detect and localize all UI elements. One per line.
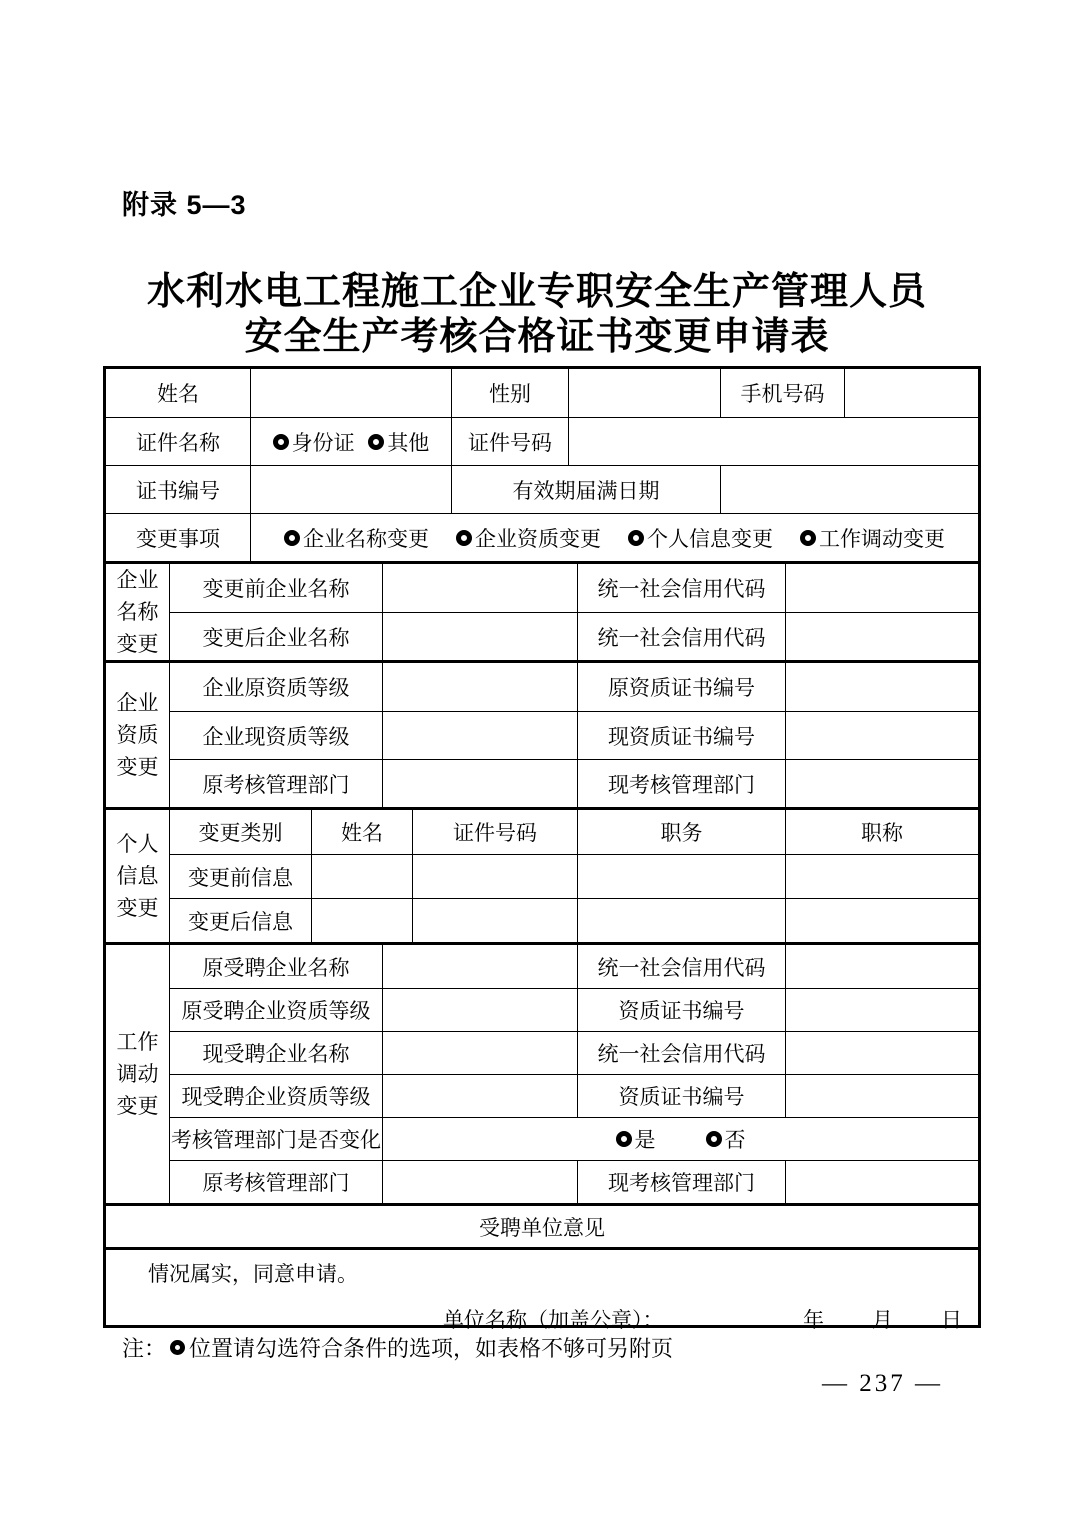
post-change-title-input-cell[interactable]: [785, 899, 978, 942]
original-qualification-input-cell[interactable]: [382, 663, 577, 711]
name-label: 姓名: [106, 369, 250, 417]
position-column-header: 职务: [577, 810, 785, 854]
current-qualification-cert-label: 现资质证书编号: [577, 712, 785, 759]
section-job-transfer-change: 工作 调动 变更 原受聘企业名称 统一社会信用代码 原受聘企业资质等级 资质证书…: [106, 942, 978, 1203]
option-personal-info-change-label: 个人信息变更: [647, 523, 773, 553]
footnote-text: 位置请勾选符合条件的选项，如表格不够可另附页: [189, 1332, 673, 1363]
option-dept-change-no-label: 否: [725, 1124, 746, 1154]
id-type-options: 身份证 其他: [250, 418, 451, 465]
row-former-employer-qualification: 原受聘企业资质等级 资质证书编号: [170, 988, 978, 1031]
pre-change-company-name-label: 变更前企业名称: [170, 564, 382, 612]
appendix-label: 附录 5—3: [122, 183, 247, 222]
footnote: 注： 位置请勾选符合条件的选项，如表格不够可另附页: [122, 1332, 673, 1363]
gender-label: 性别: [451, 369, 568, 417]
row-transfer-assessment-departments: 原考核管理部门 现考核管理部门: [170, 1160, 978, 1203]
option-dept-change-no[interactable]: 否: [706, 1124, 746, 1154]
row-employer-opinion-body: 情况属实，同意申请。 单位名称（加盖公章）： 年 月 日: [106, 1247, 978, 1325]
month-label: 月: [872, 1304, 893, 1334]
section-company-qualification-change: 企业 资质 变更 企业原资质等级 原资质证书编号 企业现资质等级 现资质证书编号: [106, 660, 978, 807]
former-employer-qualification-label: 原受聘企业资质等级: [170, 989, 382, 1031]
row-id-document: 证件名称 身份证 其他 证件号码: [106, 417, 978, 465]
opinion-statement: 情况属实，同意申请。: [148, 1258, 978, 1288]
current-employer-name-input-cell[interactable]: [382, 1032, 577, 1074]
former-employer-name-label: 原受聘企业名称: [170, 945, 382, 988]
current-employer-name-label: 现受聘企业名称: [170, 1032, 382, 1074]
former-employer-credit-code-input-cell[interactable]: [785, 945, 978, 988]
current-employer-credit-code-input-cell[interactable]: [785, 1032, 978, 1074]
section-header-company-qualification-change: 企业 资质 变更: [106, 663, 170, 807]
pre-change-id-number-input-cell[interactable]: [412, 855, 577, 898]
row-dept-change-question: 考核管理部门是否变化 是 否: [170, 1117, 978, 1160]
form-title: 水利水电工程施工企业专职安全生产管理人员 安全生产考核合格证书变更申请表: [0, 270, 1074, 360]
application-form-table: 姓名 性别 手机号码 证件名称 身份证 其他 证件号码: [103, 366, 981, 1328]
former-employer-credit-code-label: 统一社会信用代码: [577, 945, 785, 988]
current-assessment-dept-label: 现考核管理部门: [577, 760, 785, 807]
former-employer-name-input-cell[interactable]: [382, 945, 577, 988]
pre-change-credit-code-input-cell[interactable]: [785, 564, 978, 612]
cert-number-label: 证书编号: [106, 466, 250, 513]
current-qualification-input-cell[interactable]: [382, 712, 577, 759]
cert-number-input-cell[interactable]: [250, 466, 451, 513]
section-header-job-transfer-change: 工作 调动 变更: [106, 945, 170, 1203]
form-title-line1: 水利水电工程施工企业专职安全生产管理人员: [0, 270, 1074, 315]
row-former-employer-name: 原受聘企业名称 统一社会信用代码: [170, 945, 978, 988]
name-column-header: 姓名: [311, 810, 412, 854]
pre-change-name-input-cell[interactable]: [311, 855, 412, 898]
option-id-card[interactable]: 身份证: [273, 427, 355, 457]
id-number-input-cell[interactable]: [568, 418, 978, 465]
day-label: 日: [941, 1304, 962, 1334]
row-post-change-info: 变更后信息: [170, 898, 978, 942]
original-assessment-dept-label: 原考核管理部门: [170, 760, 382, 807]
pre-change-info-label: 变更前信息: [170, 855, 311, 898]
current-employer-credit-code-label: 统一社会信用代码: [577, 1032, 785, 1074]
row-personal-info-columns: 变更类别 姓名 证件号码 职务 职称: [170, 810, 978, 854]
current-qualification-label: 企业现资质等级: [170, 712, 382, 759]
dept-change-options: 是 否: [382, 1118, 978, 1160]
form-title-line2: 安全生产考核合格证书变更申请表: [0, 315, 1074, 360]
page-number: — 237 —: [822, 1370, 943, 1398]
post-change-name-input-cell[interactable]: [311, 899, 412, 942]
section-company-name-change: 企业 名称 变更 变更前企业名称 统一社会信用代码 变更后企业名称 统一社会信用…: [106, 561, 978, 660]
former-employer-qualification-input-cell[interactable]: [382, 989, 577, 1031]
mobile-label: 手机号码: [720, 369, 844, 417]
id-number-column-header: 证件号码: [412, 810, 577, 854]
radio-icon: [706, 1131, 722, 1147]
row-employer-opinion-header: 受聘单位意见: [106, 1203, 978, 1247]
option-company-name-change[interactable]: 企业名称变更: [284, 523, 429, 553]
transfer-original-assessment-dept-input-cell[interactable]: [382, 1161, 577, 1203]
post-change-company-name-input-cell[interactable]: [382, 613, 577, 660]
document-page: 附录 5—3 水利水电工程施工企业专职安全生产管理人员 安全生产考核合格证书变更…: [0, 0, 1074, 1520]
pre-change-title-input-cell[interactable]: [785, 855, 978, 898]
radio-icon: [456, 530, 472, 546]
option-company-qualification-change[interactable]: 企业资质变更: [456, 523, 601, 553]
option-dept-change-yes-label: 是: [635, 1124, 656, 1154]
dept-change-question-label: 考核管理部门是否变化: [170, 1118, 382, 1160]
current-employer-qualification-cert-input-cell[interactable]: [785, 1075, 978, 1117]
post-change-id-number-input-cell[interactable]: [412, 899, 577, 942]
post-change-credit-code-label: 统一社会信用代码: [577, 613, 785, 660]
section-header-personal-info-change: 个人 信息 变更: [106, 810, 170, 942]
option-company-name-change-label: 企业名称变更: [303, 523, 429, 553]
post-change-company-name-label: 变更后企业名称: [170, 613, 382, 660]
post-change-position-input-cell[interactable]: [577, 899, 785, 942]
original-assessment-dept-input-cell[interactable]: [382, 760, 577, 807]
current-assessment-dept-input-cell[interactable]: [785, 760, 978, 807]
employer-opinion-label: 受聘单位意见: [106, 1206, 978, 1247]
year-label: 年: [803, 1304, 824, 1334]
pre-change-position-input-cell[interactable]: [577, 855, 785, 898]
former-employer-qualification-cert-input-cell[interactable]: [785, 989, 978, 1031]
row-current-qualification: 企业现资质等级 现资质证书编号: [170, 711, 978, 759]
row-pre-change-info: 变更前信息: [170, 854, 978, 898]
date-fields: 年 月 日: [803, 1304, 962, 1334]
original-qualification-cert-input-cell[interactable]: [785, 663, 978, 711]
change-item-options: 企业名称变更 企业资质变更 个人信息变更 工作调动变更: [250, 514, 978, 561]
option-id-card-label: 身份证: [292, 427, 355, 457]
mobile-input-cell[interactable]: [844, 369, 978, 417]
post-change-info-label: 变更后信息: [170, 899, 311, 942]
former-employer-qualification-cert-label: 资质证书编号: [577, 989, 785, 1031]
original-qualification-cert-label: 原资质证书编号: [577, 663, 785, 711]
option-other-id[interactable]: 其他: [368, 427, 429, 457]
option-company-qualification-change-label: 企业资质变更: [475, 523, 601, 553]
title-column-header: 职称: [785, 810, 978, 854]
option-dept-change-yes[interactable]: 是: [616, 1124, 656, 1154]
row-post-change-company-name: 变更后企业名称 统一社会信用代码: [170, 612, 978, 660]
post-change-credit-code-input-cell[interactable]: [785, 613, 978, 660]
footnote-prefix: 注：: [122, 1332, 166, 1363]
expiry-label: 有效期届满日期: [451, 466, 720, 513]
row-basic-identity: 姓名 性别 手机号码: [106, 369, 978, 417]
pre-change-company-name-input-cell[interactable]: [382, 564, 577, 612]
current-qualification-cert-input-cell[interactable]: [785, 712, 978, 759]
current-employer-qualification-input-cell[interactable]: [382, 1075, 577, 1117]
row-current-employer-name: 现受聘企业名称 统一社会信用代码: [170, 1031, 978, 1074]
name-input-cell[interactable]: [250, 369, 451, 417]
option-job-transfer-change[interactable]: 工作调动变更: [800, 523, 945, 553]
id-name-label: 证件名称: [106, 418, 250, 465]
option-other-id-label: 其他: [387, 427, 429, 457]
row-pre-change-company-name: 变更前企业名称 统一社会信用代码: [170, 564, 978, 612]
transfer-original-assessment-dept-label: 原考核管理部门: [170, 1161, 382, 1203]
radio-icon: [284, 530, 300, 546]
expiry-input-cell[interactable]: [720, 466, 978, 513]
radio-icon: [616, 1131, 632, 1147]
row-change-items: 变更事项 企业名称变更 企业资质变更 个人信息变更 工作调动变更: [106, 513, 978, 561]
radio-icon: [273, 434, 289, 450]
option-personal-info-change[interactable]: 个人信息变更: [628, 523, 773, 553]
section-personal-info-change: 个人 信息 变更 变更类别 姓名 证件号码 职务 职称 变更前信息: [106, 807, 978, 942]
change-items-label: 变更事项: [106, 514, 250, 561]
transfer-current-assessment-dept-label: 现考核管理部门: [577, 1161, 785, 1203]
id-number-label: 证件号码: [451, 418, 568, 465]
row-assessment-departments: 原考核管理部门 现考核管理部门: [170, 759, 978, 807]
original-qualification-label: 企业原资质等级: [170, 663, 382, 711]
current-employer-qualification-cert-label: 资质证书编号: [577, 1075, 785, 1117]
current-employer-qualification-label: 现受聘企业资质等级: [170, 1075, 382, 1117]
section-header-company-name-change: 企业 名称 变更: [106, 564, 170, 660]
row-certificate: 证书编号 有效期届满日期: [106, 465, 978, 513]
gender-input-cell[interactable]: [568, 369, 720, 417]
radio-icon: [628, 530, 644, 546]
company-seal-label: 单位名称（加盖公章）：: [443, 1304, 664, 1334]
transfer-current-assessment-dept-input-cell[interactable]: [785, 1161, 978, 1203]
radio-icon: [170, 1340, 185, 1355]
change-category-column-header: 变更类别: [170, 810, 311, 854]
radio-icon: [368, 434, 384, 450]
radio-icon: [800, 530, 816, 546]
pre-change-credit-code-label: 统一社会信用代码: [577, 564, 785, 612]
option-job-transfer-change-label: 工作调动变更: [819, 523, 945, 553]
row-current-employer-qualification: 现受聘企业资质等级 资质证书编号: [170, 1074, 978, 1117]
signature-row: 单位名称（加盖公章）： 年 月 日: [106, 1304, 978, 1334]
row-original-qualification: 企业原资质等级 原资质证书编号: [170, 663, 978, 711]
